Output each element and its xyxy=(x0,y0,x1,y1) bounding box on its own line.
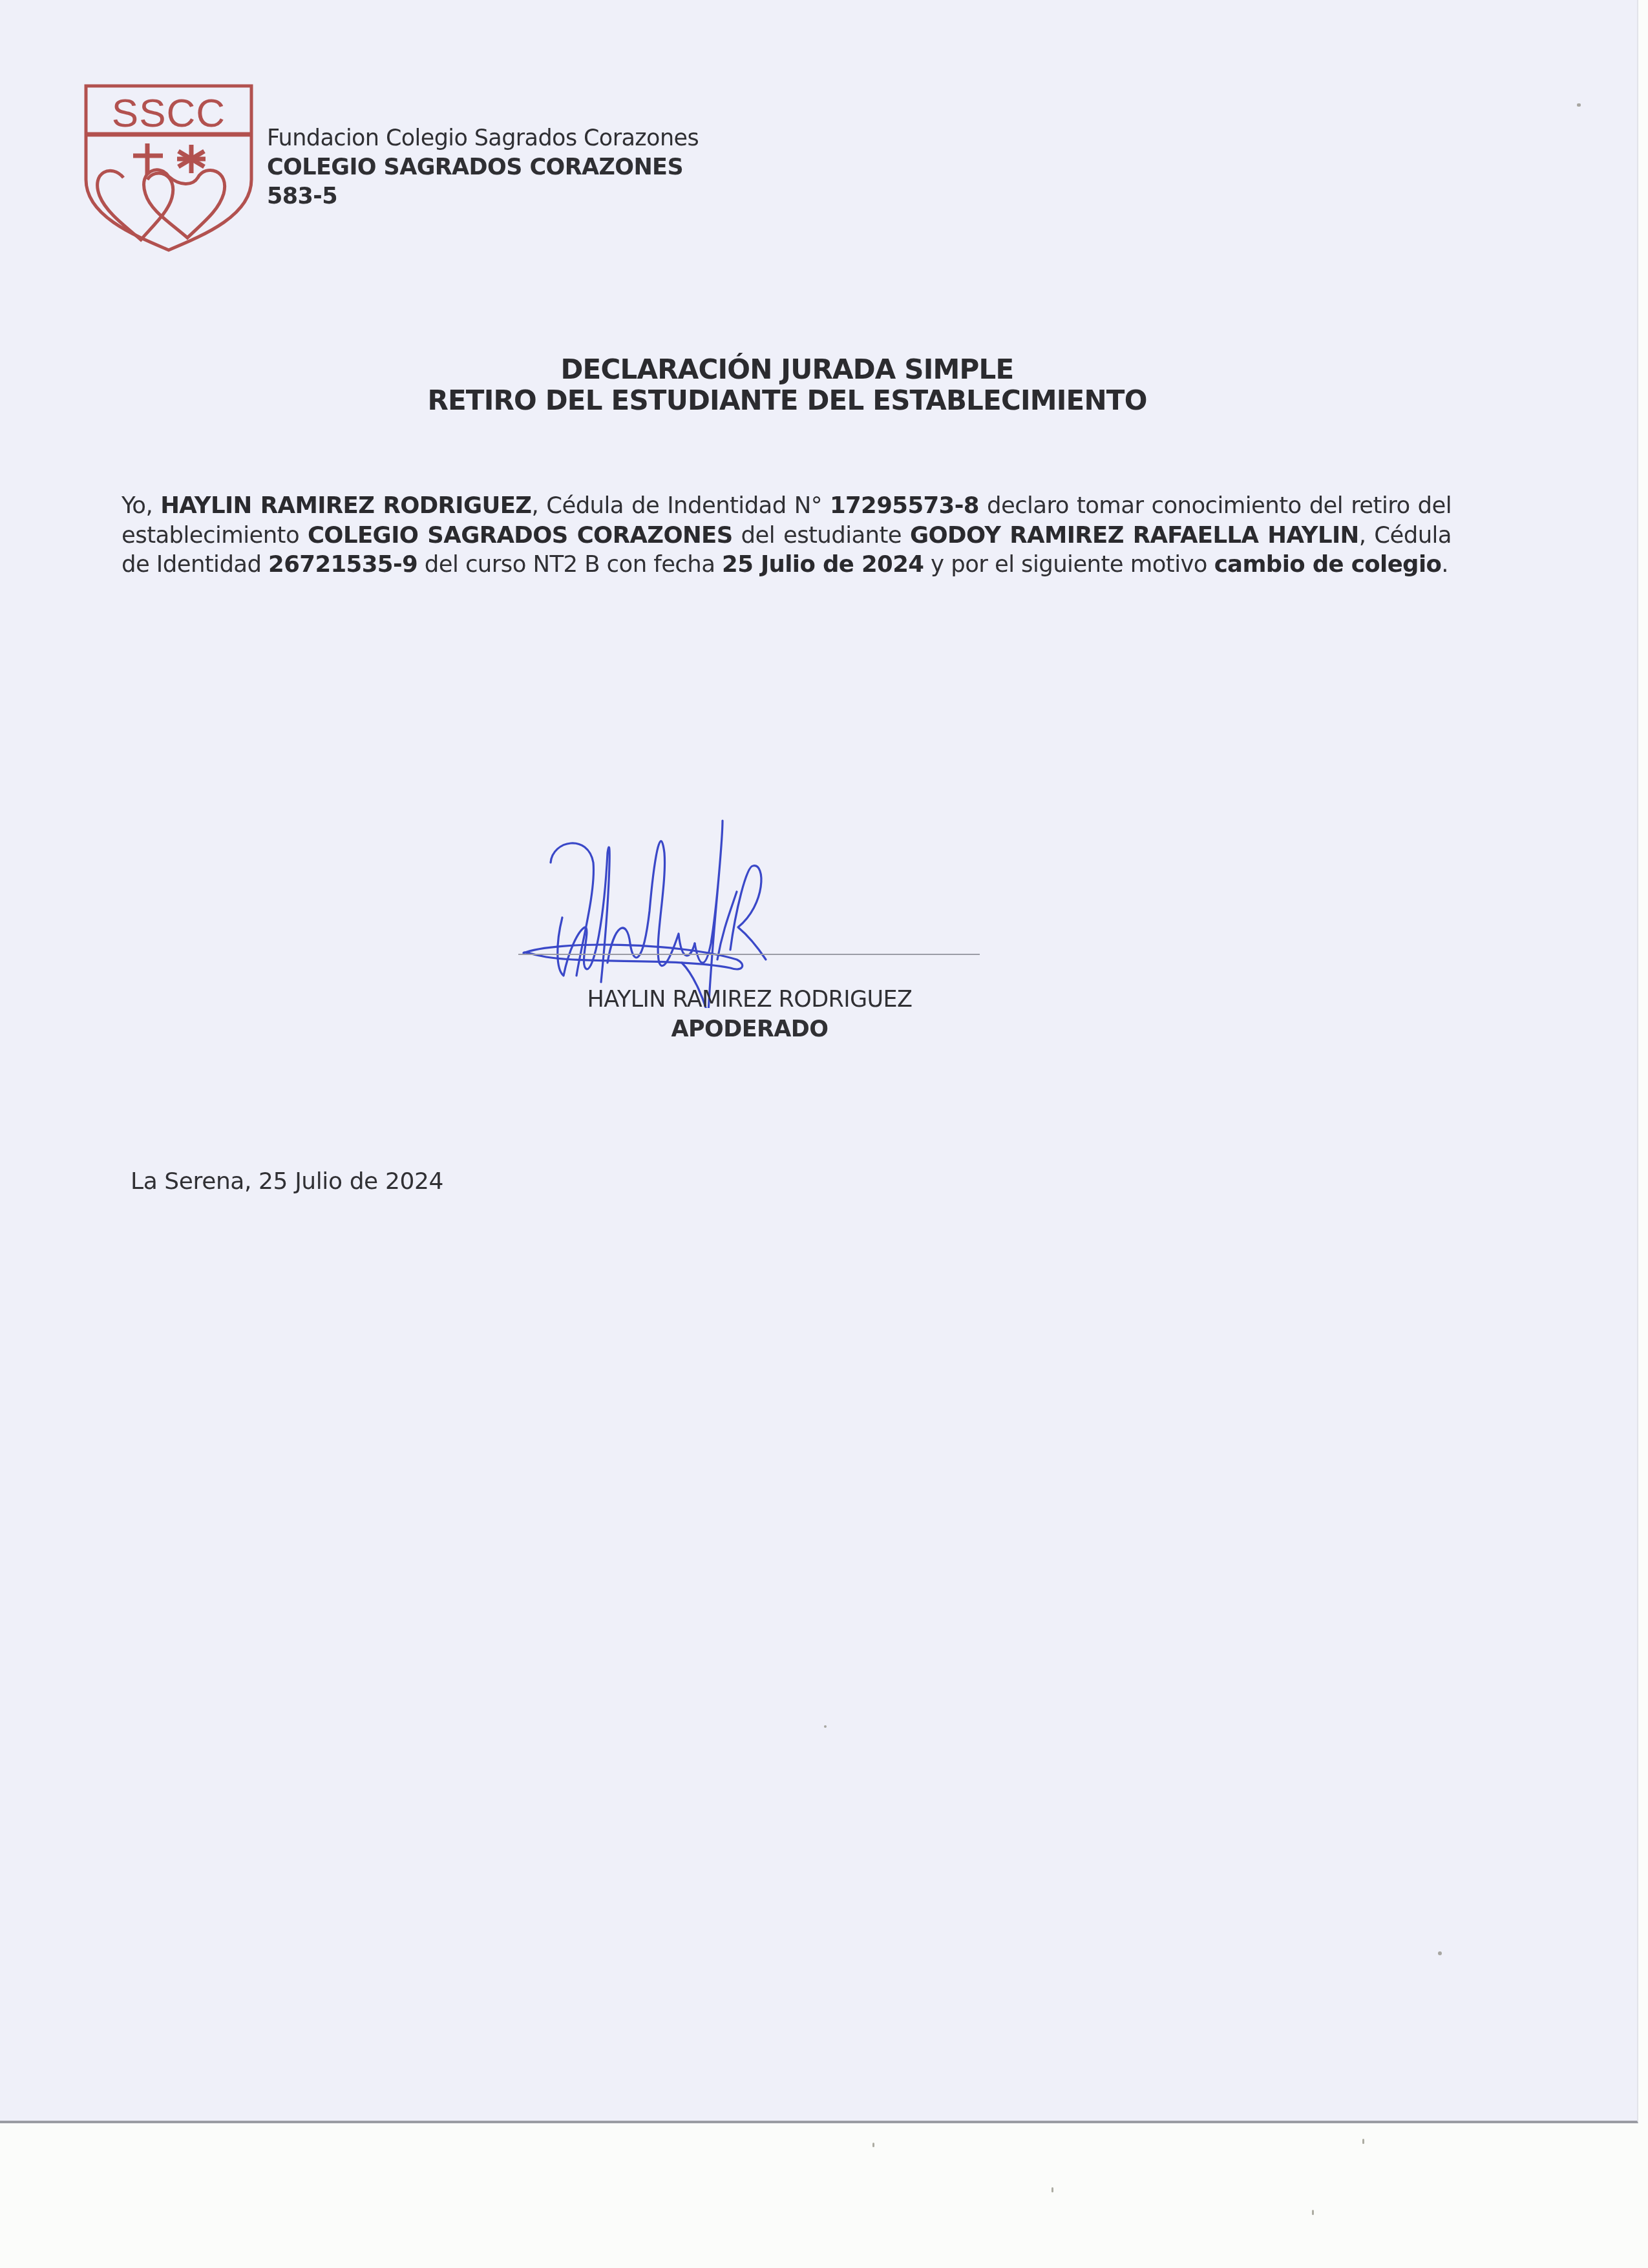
scan-speck xyxy=(1051,2187,1053,2192)
foundation-name: Fundacion Colegio Sagrados Corazones xyxy=(267,124,699,153)
signer-role: APODERADO xyxy=(491,1014,1008,1044)
paragraph-text: Yo, xyxy=(121,492,160,519)
paragraph-field-value: HAYLIN RAMIREZ RODRIGUEZ xyxy=(160,492,531,519)
scanner-bed-margin xyxy=(0,2123,1648,2268)
scan-speck xyxy=(1438,1951,1442,1955)
signer-name: HAYLIN RAMIREZ RODRIGUEZ xyxy=(491,985,1008,1014)
school-name: COLEGIO SAGRADOS CORAZONES xyxy=(267,153,699,182)
paragraph-field-value: 25 Julio de 2024 xyxy=(722,551,924,578)
paragraph-field-value: cambio de colegio xyxy=(1214,551,1442,578)
paragraph-text: . xyxy=(1441,551,1448,578)
document-title: DECLARACIÓN JURADA SIMPLE RETIRO DEL EST… xyxy=(270,354,1304,416)
handwritten-signature-icon xyxy=(517,814,918,1008)
paragraph-text: , Cédula de Indentidad N° xyxy=(532,492,830,519)
scan-speck xyxy=(824,1725,827,1728)
place-and-date: La Serena, 25 Julio de 2024 xyxy=(131,1167,443,1197)
scan-speck xyxy=(1312,2210,1314,2215)
paragraph-text: y por el siguiente motivo xyxy=(924,551,1214,578)
school-logo-shield-icon: SSCC xyxy=(83,83,255,253)
title-line-1: DECLARACIÓN JURADA SIMPLE xyxy=(270,354,1304,385)
letterhead: Fundacion Colegio Sagrados Corazones COL… xyxy=(267,124,699,211)
paragraph-field-value: 26721535-9 xyxy=(268,551,417,578)
signature-block: HAYLIN RAMIREZ RODRIGUEZ APODERADO xyxy=(491,985,1008,1044)
declaration-paragraph: Yo, HAYLIN RAMIREZ RODRIGUEZ, Cédula de … xyxy=(121,491,1452,580)
paragraph-field-value: COLEGIO SAGRADOS CORAZONES xyxy=(308,522,733,549)
logo-text: SSCC xyxy=(112,91,226,136)
paragraph-text: del estudiante xyxy=(733,522,910,549)
scan-speck xyxy=(1362,2139,1364,2144)
paragraph-text: del curso NT2 B con fecha xyxy=(417,551,722,578)
scanned-page xyxy=(0,0,1638,2123)
school-code: 583-5 xyxy=(267,182,699,211)
paragraph-field-value: GODOY RAMIREZ RAFAELLA HAYLIN xyxy=(910,522,1359,549)
paragraph-field-value: 17295573-8 xyxy=(830,492,979,519)
scan-speck xyxy=(872,2143,874,2147)
signature-line xyxy=(518,954,980,955)
title-line-2: RETIRO DEL ESTUDIANTE DEL ESTABLECIMIENT… xyxy=(270,385,1304,416)
scan-speck xyxy=(1577,103,1581,107)
